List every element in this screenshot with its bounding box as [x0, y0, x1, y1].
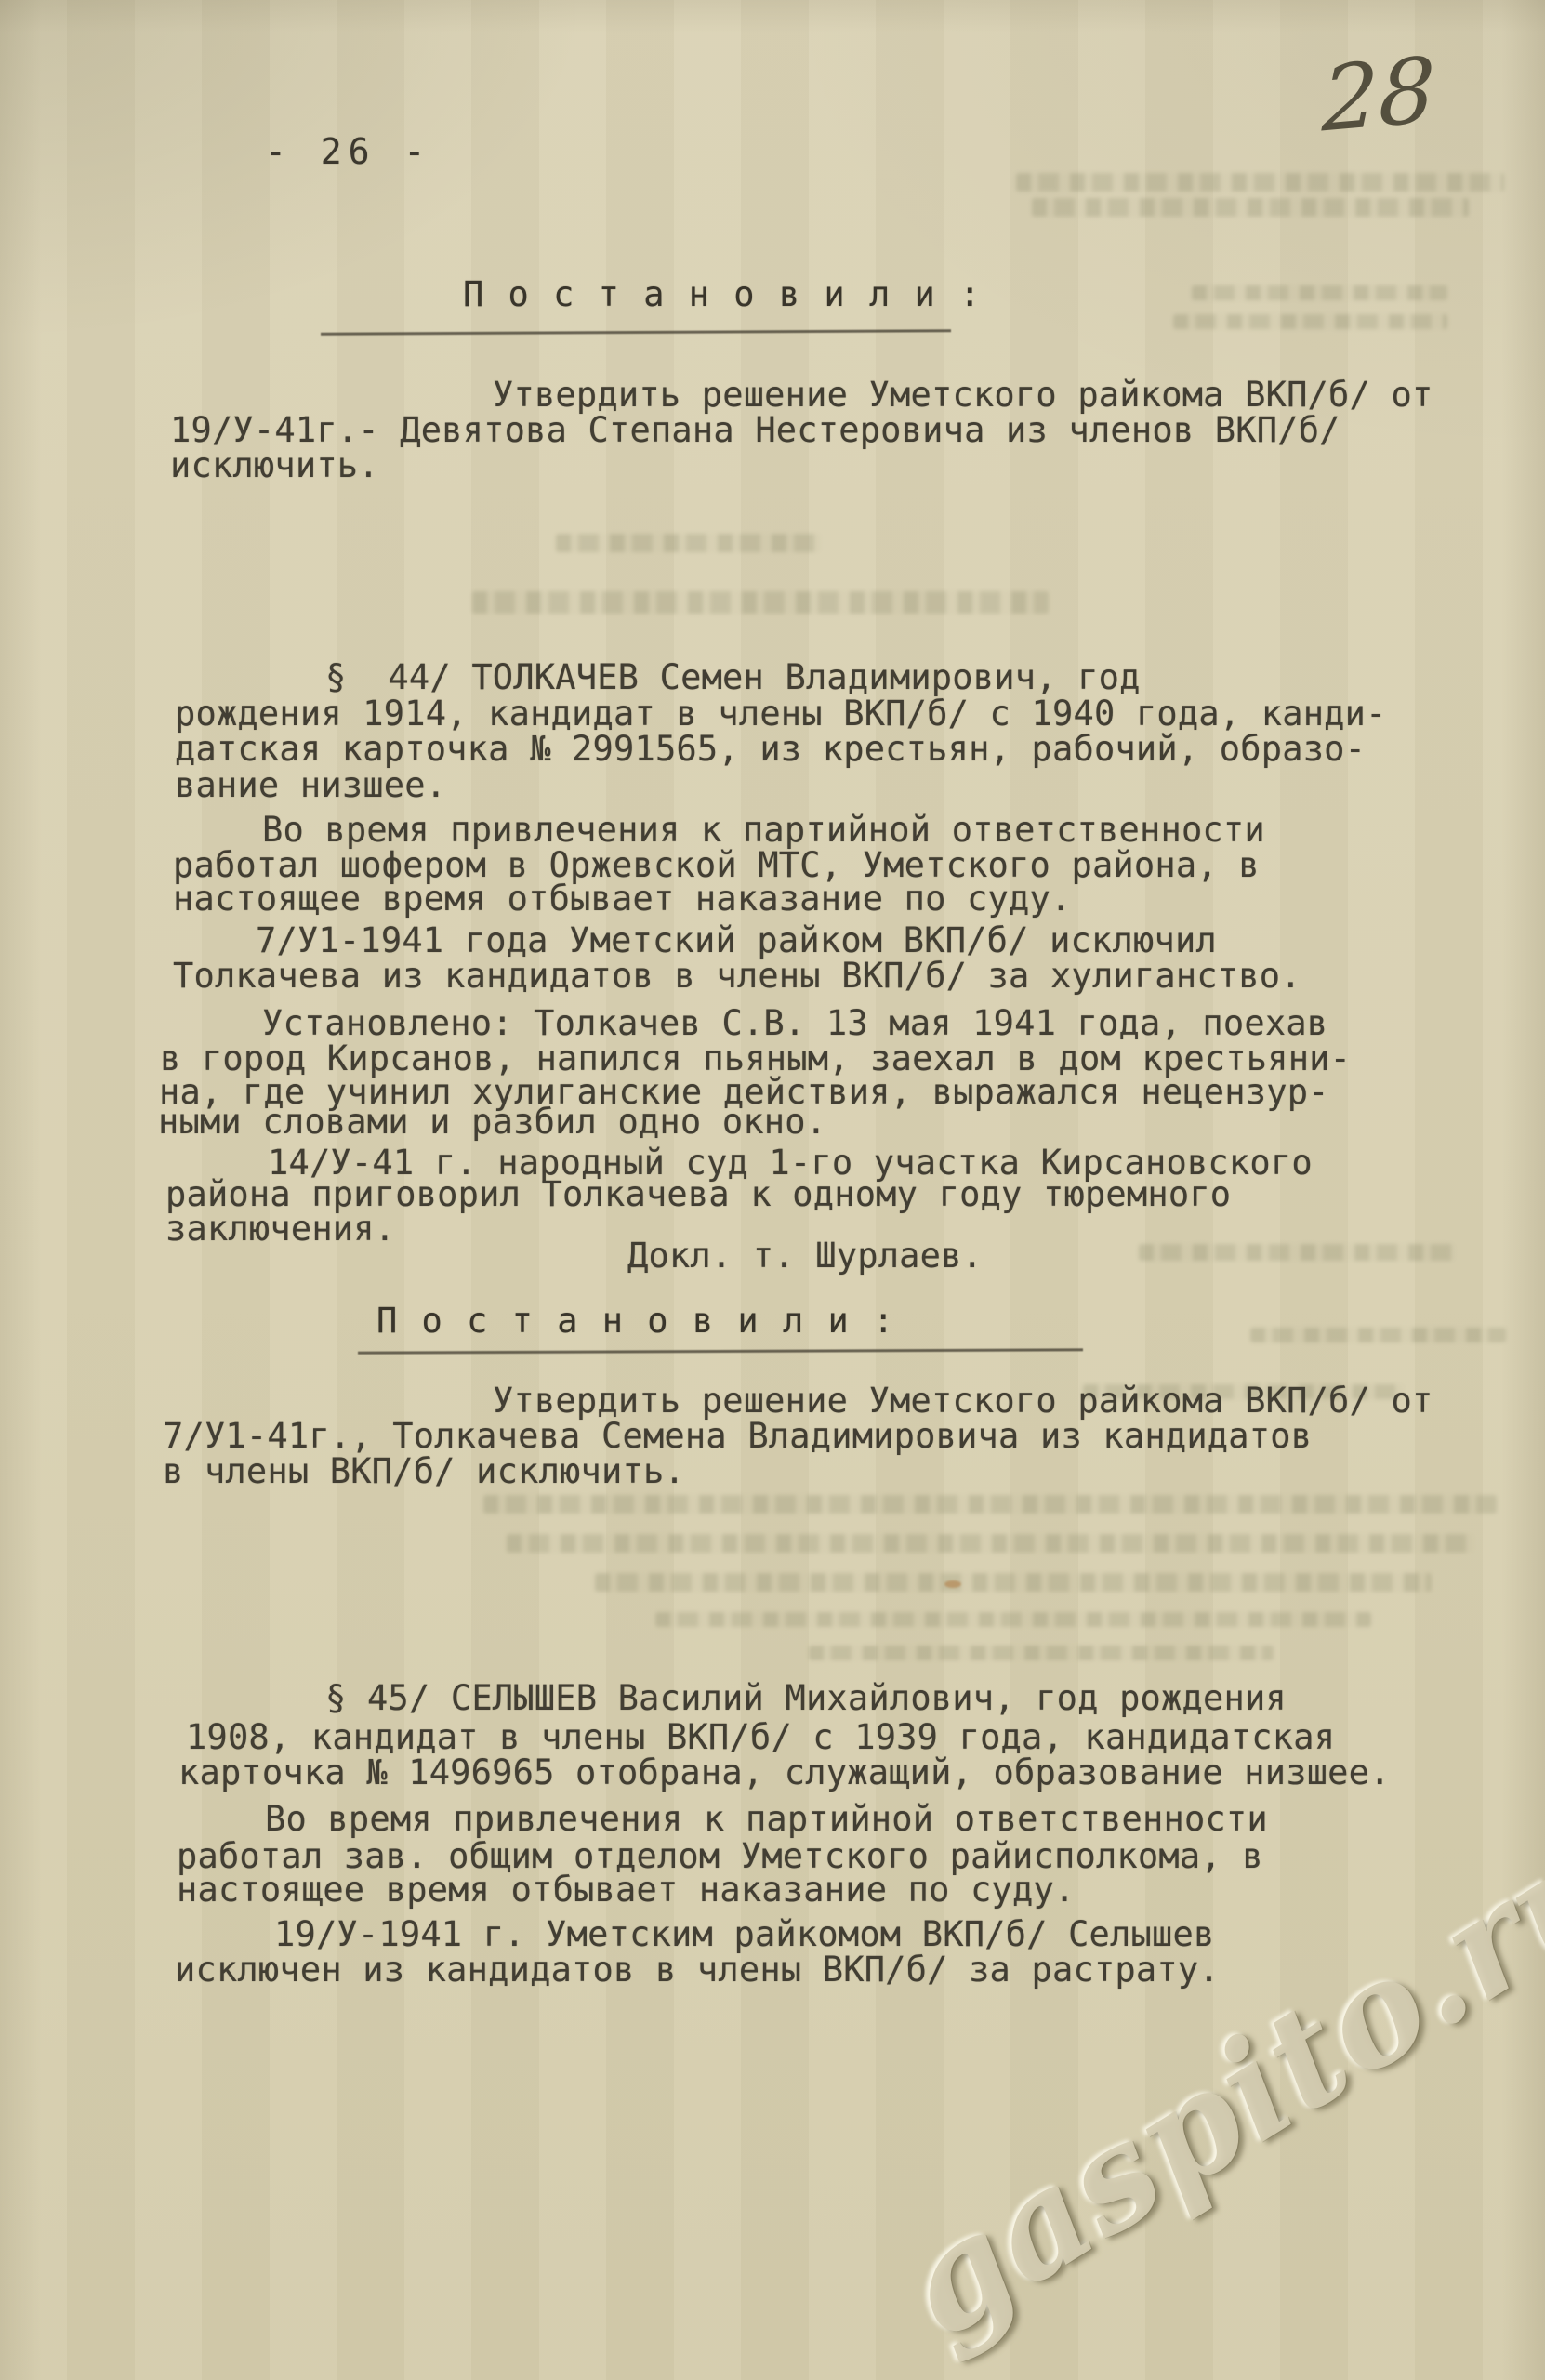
paper-speck	[944, 1580, 961, 1588]
case-44-court-line: района приговорил Толкачева к одному год…	[165, 1177, 1231, 1212]
bleedthrough-line	[1016, 173, 1504, 192]
case-44-resolution-line: 7/У1-41г., Толкачева Семена Владимирович…	[163, 1419, 1312, 1454]
case-44-facts-line: ными словами и разбил одно окно.	[158, 1104, 826, 1140]
resolution-heading-1: П о с т а н о в и л и :	[463, 277, 982, 312]
resolution-heading-2: П о с т а н о в и л и :	[376, 1303, 895, 1339]
case-45-intro-line: карточка № 1496965 отобрана, служащий, о…	[178, 1755, 1391, 1791]
case-45-work-line: настоящее время отбывает наказание по су…	[177, 1872, 1075, 1908]
case-44-court-line: заключения.	[165, 1211, 395, 1247]
bleedthrough-line	[1192, 285, 1447, 300]
resolution-1-line: 19/У-41г.- Девятова Степана Нестеровича …	[170, 413, 1340, 448]
case-44-resolution-line: Утвердить решение Уметского райкома ВКП/…	[493, 1383, 1433, 1419]
case-45-expel-line: исключен из кандидатов в члены ВКП/б/ за…	[175, 1952, 1220, 1988]
bleedthrough-line	[472, 591, 1049, 614]
bleedthrough-line	[655, 1612, 1371, 1627]
resolution-heading-1-underline	[321, 329, 951, 336]
bleedthrough-line	[556, 534, 821, 552]
case-44-work-line: настоящее время отбывает наказание по су…	[173, 881, 1071, 917]
case-44-intro-line: вание низшее.	[175, 768, 446, 803]
page-number: - 26 -	[265, 134, 431, 169]
case-44-resolution-line: в члены ВКП/б/ исключить.	[163, 1454, 685, 1489]
bleedthrough-line	[507, 1534, 1473, 1553]
resolution-heading-2-underline	[358, 1348, 1083, 1354]
case-44-intro-line: рождения 1914, кандидат в члены ВКП/б/ с…	[175, 696, 1387, 732]
bleedthrough-line	[1139, 1244, 1455, 1261]
case-44-intro-line: датская карточка № 2991565, из крестьян,…	[175, 732, 1366, 767]
resolution-1-line: Утвердить решение Уметского райкома ВКП/…	[493, 377, 1433, 413]
case-44-work-line: Во время привлечения к партийной ответст…	[262, 813, 1265, 848]
bleedthrough-line	[809, 1646, 1274, 1660]
document-page: - 26 - 28 П о с т а н о в и л и : Утверд…	[0, 0, 1545, 2380]
case-45-intro-line: § 45/ СЕЛЫШЕВ Василий Михайлович, год ро…	[325, 1681, 1287, 1716]
bleedthrough-line	[483, 1495, 1497, 1514]
handwritten-folio-number: 28	[1321, 37, 1436, 152]
case-44-intro-line: § 44/ ТОЛКАЧЕВ Семен Владимирович, год	[325, 660, 1141, 695]
case-44-expel-line: 7/У1-1941 года Уметский райком ВКП/б/ ис…	[256, 923, 1217, 959]
case-45-intro-line: 1908, кандидат в члены ВКП/б/ с 1939 год…	[186, 1720, 1335, 1755]
case-45-work-line: Во время привлечения к партийной ответст…	[265, 1802, 1268, 1837]
case-45-expel-line: 19/У-1941 г. Уметским райкомом ВКП/б/ Се…	[274, 1917, 1214, 1952]
resolution-1-line: исключить.	[170, 448, 379, 483]
bleedthrough-line	[1032, 198, 1469, 217]
case-44-expel-line: Толкачева из кандидатов в члены ВКП/б/ з…	[173, 959, 1301, 994]
bleedthrough-line	[595, 1573, 1432, 1592]
bleedthrough-line	[1250, 1328, 1506, 1342]
case-44-facts-line: Установлено: Толкачев С.В. 13 мая 1941 г…	[262, 1006, 1327, 1041]
bleedthrough-line	[1173, 314, 1447, 329]
case-44-reporter: Докл. т. Шурлаев.	[627, 1238, 983, 1274]
